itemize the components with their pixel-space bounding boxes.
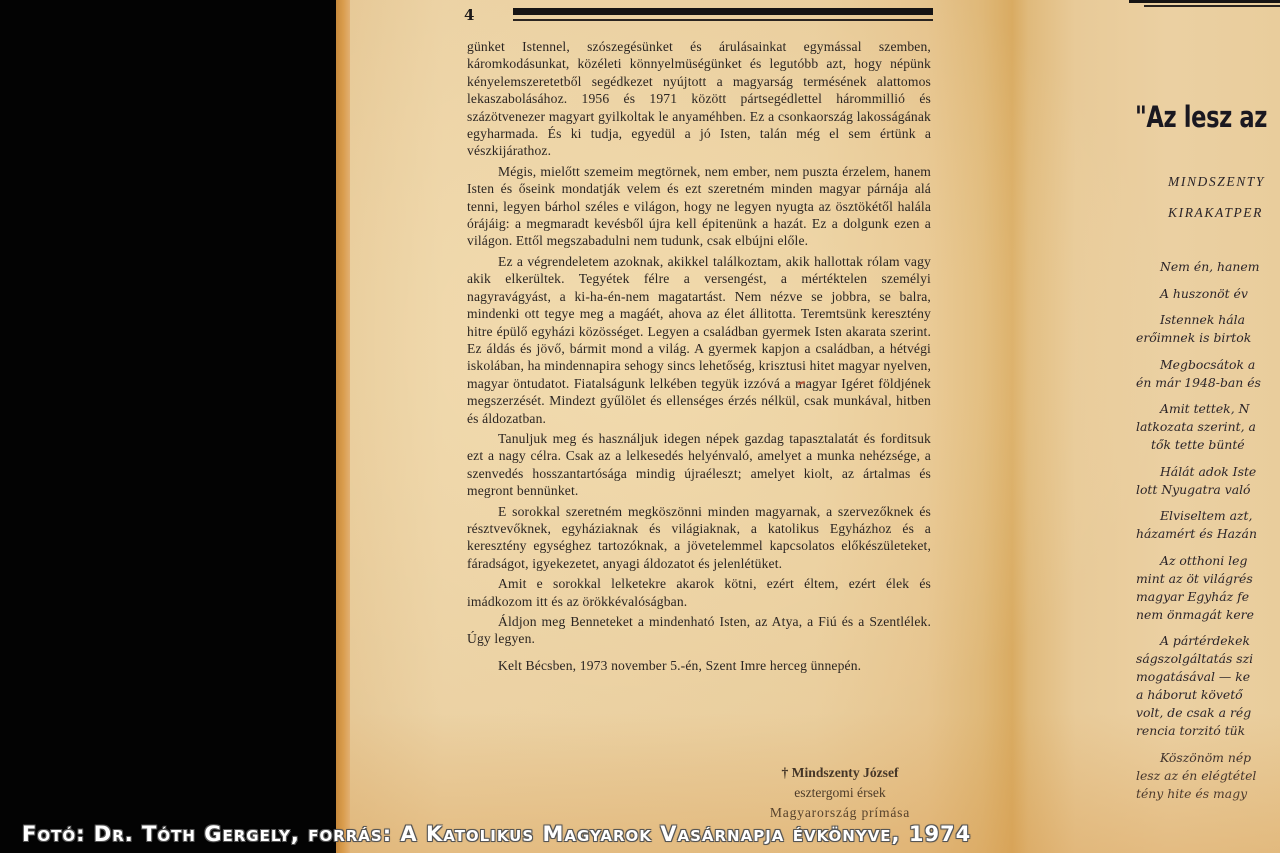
book-spread: 4 günket Istennel, szószegésünket és áru… bbox=[350, 0, 1280, 853]
book-page-edge bbox=[336, 0, 350, 853]
header-rule-thin bbox=[1144, 5, 1280, 7]
article-headline: "Az lesz az bbox=[1135, 100, 1267, 134]
article-paragraph: Nem én, hanem bbox=[1136, 258, 1280, 276]
paragraph: Ez a végrendeletem azoknak, akikkel talá… bbox=[467, 253, 931, 427]
signature-title-primate: Magyarország prímása bbox=[730, 803, 950, 823]
article-body: Nem én, hanemA huszonöt évIstennek hálae… bbox=[1136, 258, 1280, 811]
article-paragraph: Elviseltem azt,házamért és Hazán bbox=[1136, 507, 1280, 543]
article-line: volt, de csak a rég bbox=[1136, 704, 1280, 722]
article-line: Hálát adok Iste bbox=[1136, 463, 1280, 481]
article-line: latkozata szerint, a bbox=[1136, 418, 1280, 436]
article-line: tény hite és magy bbox=[1136, 785, 1280, 803]
article-subhead: MINDSZENTY bbox=[1168, 174, 1265, 190]
article-paragraph: A pártérdekekságszolgáltatás szimogatásá… bbox=[1136, 632, 1280, 740]
article-line: Köszönöm nép bbox=[1136, 749, 1280, 767]
article-subhead: KIRAKATPER bbox=[1168, 205, 1263, 221]
article-line: mint az öt világrés bbox=[1136, 570, 1280, 588]
article-line: én már 1948-ban és bbox=[1136, 374, 1280, 392]
article-line: Amit tettek, N bbox=[1136, 400, 1280, 418]
article-line: ságszolgáltatás szi bbox=[1136, 650, 1280, 668]
article-paragraph: Amit tettek, Nlatkozata szerint, atők te… bbox=[1136, 400, 1280, 454]
article-line: rencia torzitó tük bbox=[1136, 722, 1280, 740]
article-line: tők tette bünté bbox=[1136, 436, 1280, 454]
paragraph: günket Istennel, szószegésünket és árulá… bbox=[467, 38, 931, 160]
article-line: A pártérdekek bbox=[1136, 632, 1280, 650]
header-rule bbox=[513, 8, 933, 15]
signature-block: † Mindszenty József esztergomi érsek Mag… bbox=[730, 763, 950, 823]
article-paragraph: Az otthoni legmint az öt világrésmagyar … bbox=[1136, 552, 1280, 624]
paragraph: E sorokkal szeretném megköszönni minden … bbox=[467, 503, 931, 573]
header-rule bbox=[1129, 0, 1280, 3]
article-paragraph: A huszonöt év bbox=[1136, 285, 1280, 303]
paragraph: Mégis, mielőtt szemeim megtörnek, nem em… bbox=[467, 163, 931, 250]
photo-credit-caption: Fotó: Dr. Tóth Gergely, forrás: A Katoli… bbox=[22, 822, 971, 846]
article-paragraph: Istennek hálaerőimnek is birtok bbox=[1136, 311, 1280, 347]
article-line: a háborut követő bbox=[1136, 686, 1280, 704]
article-line: Istennek hála bbox=[1136, 311, 1280, 329]
paragraph: Tanuljuk meg és használjuk idegen népek … bbox=[467, 430, 931, 500]
article-line: házamért és Hazán bbox=[1136, 525, 1280, 543]
testament-body: günket Istennel, szószegésünket és árulá… bbox=[467, 38, 931, 677]
signature-title: esztergomi érsek bbox=[730, 783, 950, 803]
article-line: A huszonöt év bbox=[1136, 285, 1280, 303]
signature-name: † Mindszenty József bbox=[730, 763, 950, 783]
article-line: Az otthoni leg bbox=[1136, 552, 1280, 570]
article-line: Nem én, hanem bbox=[1136, 258, 1280, 276]
article-line: Elviseltem azt, bbox=[1136, 507, 1280, 525]
article-line: Megbocsátok a bbox=[1136, 356, 1280, 374]
right-page: "Az lesz az MINDSZENTY KIRAKATPER Nem én… bbox=[1013, 0, 1280, 853]
article-line: lesz az én elégtétel bbox=[1136, 767, 1280, 785]
article-line: nem önmagát kere bbox=[1136, 606, 1280, 624]
page-number: 4 bbox=[464, 6, 474, 24]
article-paragraph: Köszönöm néplesz az én elégtételtény hit… bbox=[1136, 749, 1280, 803]
article-line: erőimnek is birtok bbox=[1136, 329, 1280, 347]
dateline: Kelt Bécsben, 1973 november 5.-én, Szent… bbox=[467, 657, 931, 674]
paragraph: Áldjon meg Benneteket a mindenható Isten… bbox=[467, 613, 931, 648]
left-page: 4 günket Istennel, szószegésünket és áru… bbox=[350, 0, 1010, 853]
paragraph: Amit e sorokkal lelketekre akarok kötni,… bbox=[467, 575, 931, 610]
dark-background bbox=[0, 0, 336, 853]
article-paragraph: Hálát adok Istelott Nyugatra való bbox=[1136, 463, 1280, 499]
article-line: lott Nyugatra való bbox=[1136, 481, 1280, 499]
article-line: mogatásával — ke bbox=[1136, 668, 1280, 686]
header-rule-thin bbox=[513, 19, 933, 21]
article-paragraph: Megbocsátok aén már 1948-ban és bbox=[1136, 356, 1280, 392]
article-line: magyar Egyház fe bbox=[1136, 588, 1280, 606]
